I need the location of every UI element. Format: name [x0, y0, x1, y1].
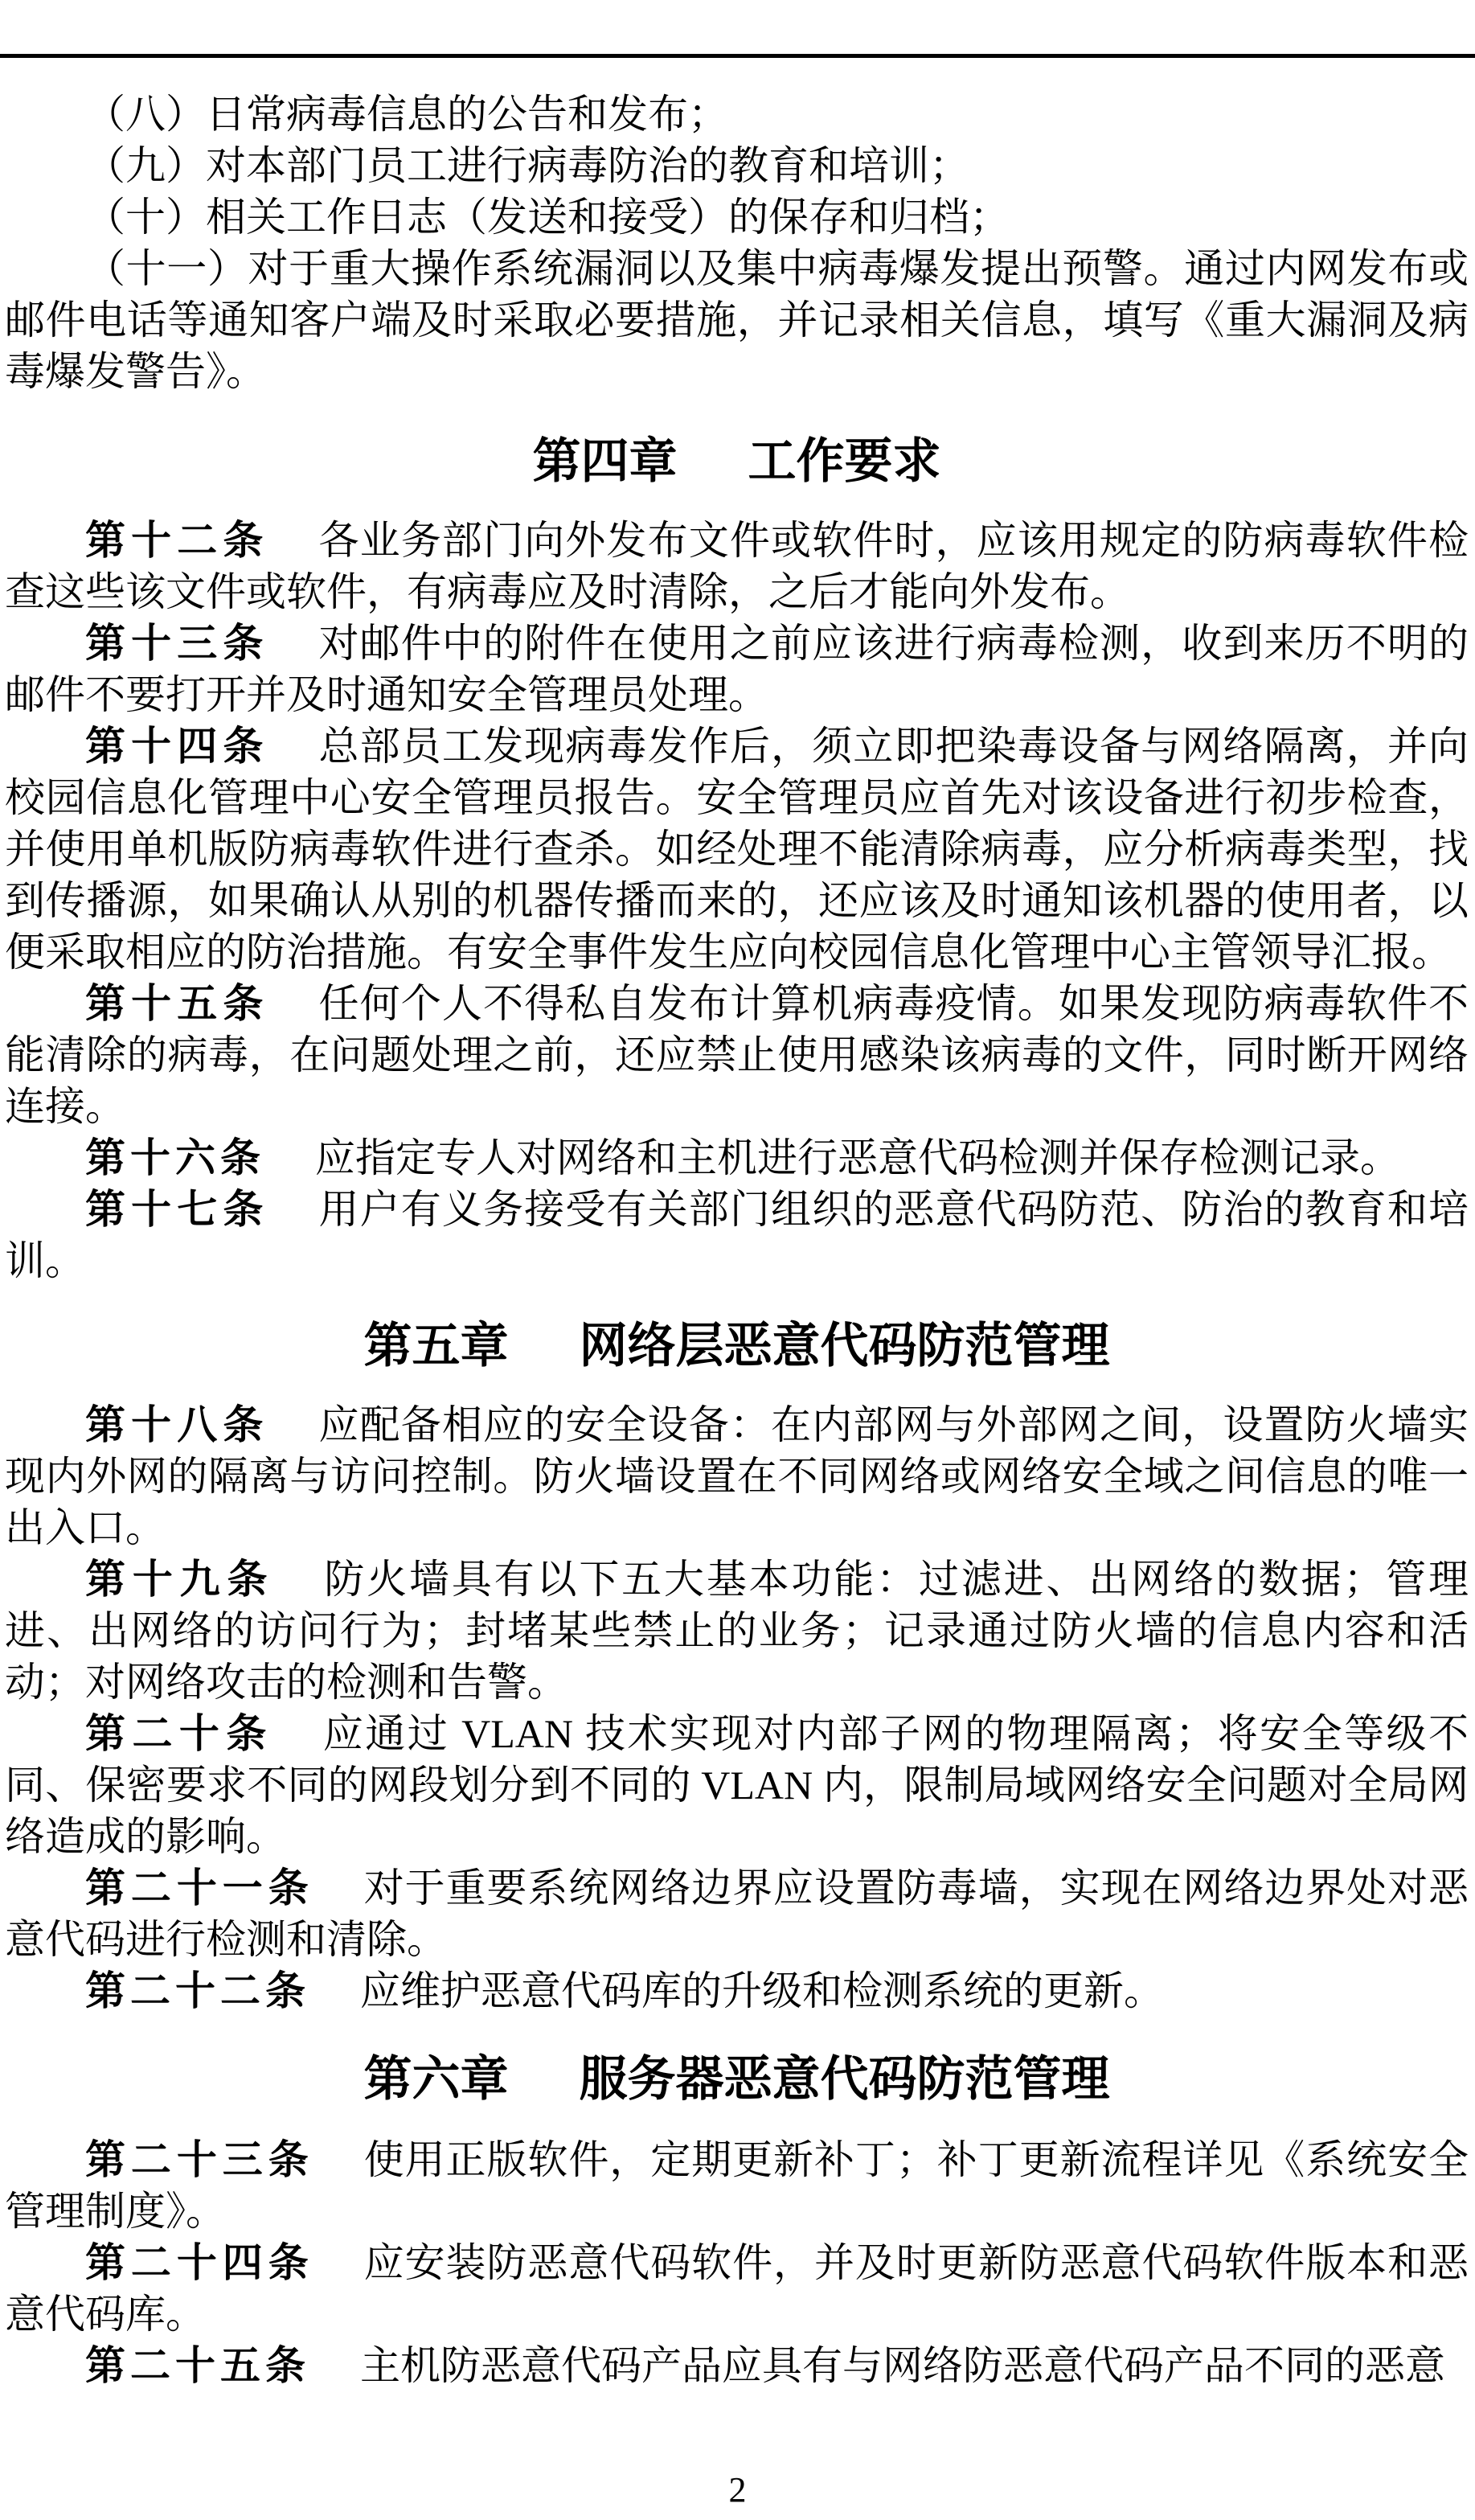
- article: 第二十条应通过 VLAN 技术实现对内部子网的物理隔离；将安全等级不同、保密要求…: [5, 1708, 1469, 1862]
- article: 第十八条应配备相应的安全设备：在内部网与外部网之间，设置防火墙实现内外网的隔离与…: [5, 1399, 1469, 1553]
- article-number: 第十六条: [85, 1135, 265, 1180]
- article-number: 第二十三条: [85, 2137, 314, 2182]
- list-item-text: （八）日常病毒信息的公告和发布；: [85, 92, 728, 137]
- article: 第十五条任何个人不得私自发布计算机病毒疫情。如果发现防病毒软件不能清除的病毒，在…: [5, 978, 1469, 1132]
- list-item-text: （九）对本部门员工进行病毒防治的教育和培训；: [85, 143, 969, 188]
- article: 第十三条对邮件中的附件在使用之前应该进行病毒检测，收到来历不明的邮件不要打开并及…: [5, 618, 1469, 720]
- article-number: 第二十四条: [85, 2240, 314, 2285]
- article-number: 第二十条: [85, 1711, 273, 1756]
- article-number: 第十八条: [85, 1402, 269, 1447]
- chapter-title: 服务器恶意代码防范管理: [580, 2052, 1110, 2106]
- article-number: 第十五条: [85, 981, 269, 1026]
- list-item: （十）相关工作日志（发送和接受）的保存和归档；: [5, 191, 1469, 243]
- list-item: （十一）对于重大操作系统漏洞以及集中病毒爆发提出预警。通过内网发布或邮件电话等通…: [5, 243, 1469, 397]
- document-page: （八）日常病毒信息的公告和发布； （九）对本部门员工进行病毒防治的教育和培训； …: [0, 0, 1475, 2520]
- chapter-title: 网络层恶意代码防范管理: [580, 1319, 1110, 1373]
- chapter-heading: 第四章工作要求: [5, 433, 1469, 490]
- list-item: （九）对本部门员工进行病毒防治的教育和培训；: [5, 140, 1469, 191]
- chapter-heading: 第六章服务器恶意代码防范管理: [5, 2051, 1469, 2108]
- article: 第十九条防火墙具有以下五大基本功能：过滤进、出网络的数据；管理进、出网络的访问行…: [5, 1553, 1469, 1708]
- article: 第十六条应指定专人对网络和主机进行恶意代码检测并保存检测记录。: [5, 1132, 1469, 1184]
- article-number: 第二十二条: [85, 1968, 310, 2013]
- header-rule: [0, 54, 1475, 58]
- chapter-number: 第四章: [533, 434, 678, 488]
- chapter-title: 工作要求: [748, 434, 941, 488]
- list-item: （八）日常病毒信息的公告和发布；: [5, 88, 1469, 140]
- article-number: 第二十一条: [85, 1865, 314, 1911]
- article-text: 应维护恶意代码库的升级和检测系统的更新。: [360, 1968, 1164, 2013]
- article: 第二十二条应维护恶意代码库的升级和检测系统的更新。: [5, 1965, 1469, 2017]
- chapter-heading: 第五章网络层恶意代码防范管理: [5, 1318, 1469, 1374]
- article-text: 应指定专人对网络和主机进行恶意代码检测并保存检测记录。: [315, 1135, 1400, 1180]
- page-number: 2: [0, 2470, 1475, 2510]
- article: 第二十五条主机防恶意代码产品应具有与网络防恶意代码产品不同的恶意: [5, 2340, 1469, 2391]
- article-number: 第十三条: [85, 621, 269, 666]
- chapter-number: 第六章: [364, 2052, 509, 2106]
- article: 第十七条用户有义务接受有关部门组织的恶意代码防范、防治的教育和培训。: [5, 1184, 1469, 1287]
- article: 第二十三条使用正版软件，定期更新补丁；补丁更新流程详见《系统安全管理制度》。: [5, 2134, 1469, 2237]
- document-content: （八）日常病毒信息的公告和发布； （九）对本部门员工进行病毒防治的教育和培训； …: [0, 88, 1475, 2391]
- article-number: 第十七条: [85, 1187, 269, 1232]
- article-number: 第十四条: [85, 724, 269, 769]
- article: 第十二条各业务部门向外发布文件或软件时，应该用规定的防病毒软件检查这些该文件或软…: [5, 515, 1469, 618]
- article-number: 第十二条: [85, 518, 269, 563]
- article: 第二十四条应安装防恶意代码软件，并及时更新防恶意代码软件版本和恶意代码库。: [5, 2237, 1469, 2340]
- list-item-text: （十一）对于重大操作系统漏洞以及集中病毒爆发提出预警。通过内网发布或邮件电话等通…: [5, 246, 1469, 394]
- article: 第二十一条对于重要系统网络边界应设置防毒墙，实现在网络边界处对恶意代码进行检测和…: [5, 1862, 1469, 1965]
- article: 第十四条总部员工发现病毒发作后，须立即把染毒设备与网络隔离，并向校园信息化管理中…: [5, 720, 1469, 978]
- chapter-number: 第五章: [364, 1319, 509, 1373]
- list-item-text: （十）相关工作日志（发送和接受）的保存和归档；: [85, 195, 1010, 240]
- article-text: 主机防恶意代码产品应具有与网络防恶意代码产品不同的恶意: [360, 2343, 1445, 2388]
- article-number: 第十九条: [85, 1557, 274, 1602]
- article-number: 第二十五条: [85, 2343, 310, 2388]
